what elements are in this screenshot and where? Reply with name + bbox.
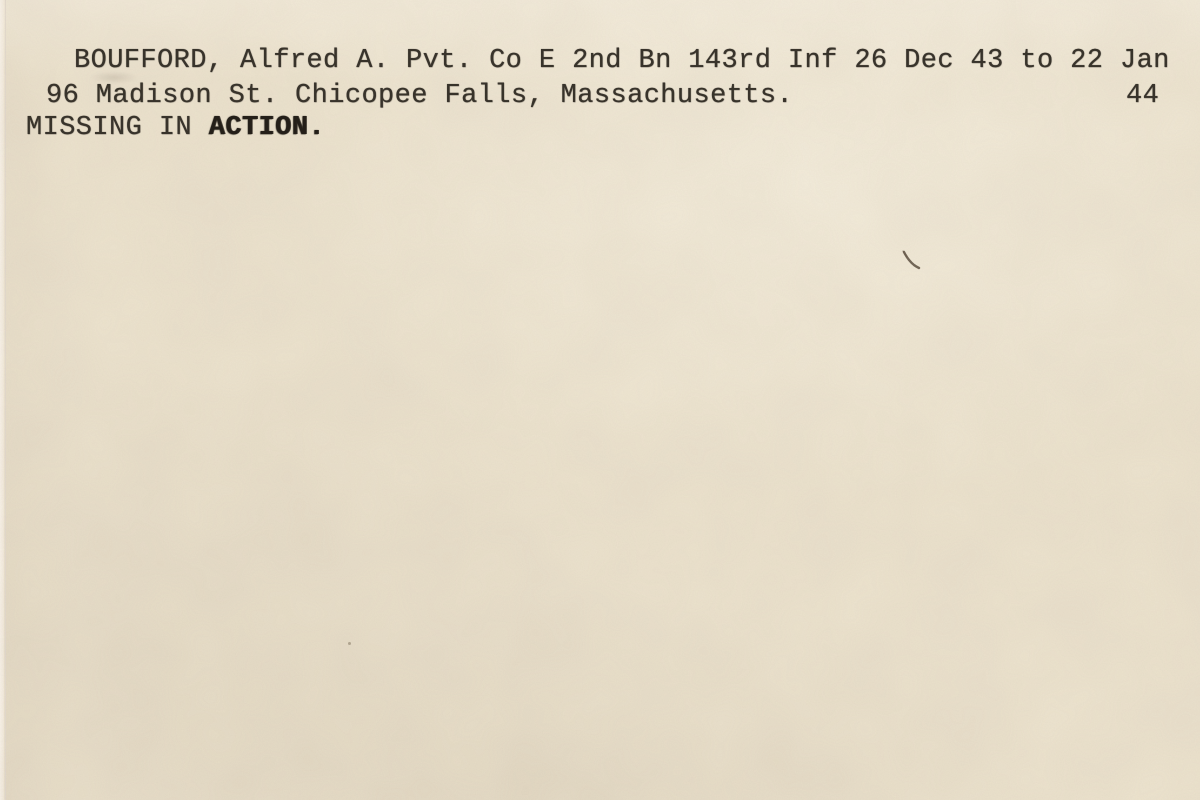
index-card-scan: BOUFFORD, Alfred A. Pvt. Co E 2nd Bn 143… (0, 0, 1200, 800)
status-line: MISSING IN ACTION. (26, 113, 325, 143)
fiber-mark (896, 246, 930, 280)
year-notation: 44 (1126, 81, 1159, 111)
status-emphasis: ACTION. (209, 113, 325, 143)
address-line: 96 Madison St. Chicopee Falls, Massachus… (46, 81, 793, 111)
status-prefix: MISSING IN (26, 113, 209, 143)
paper-speck (348, 642, 351, 645)
service-record-line: BOUFFORD, Alfred A. Pvt. Co E 2nd Bn 143… (74, 46, 1170, 76)
ink-smudge (90, 71, 138, 84)
card-left-edge (0, 0, 6, 800)
